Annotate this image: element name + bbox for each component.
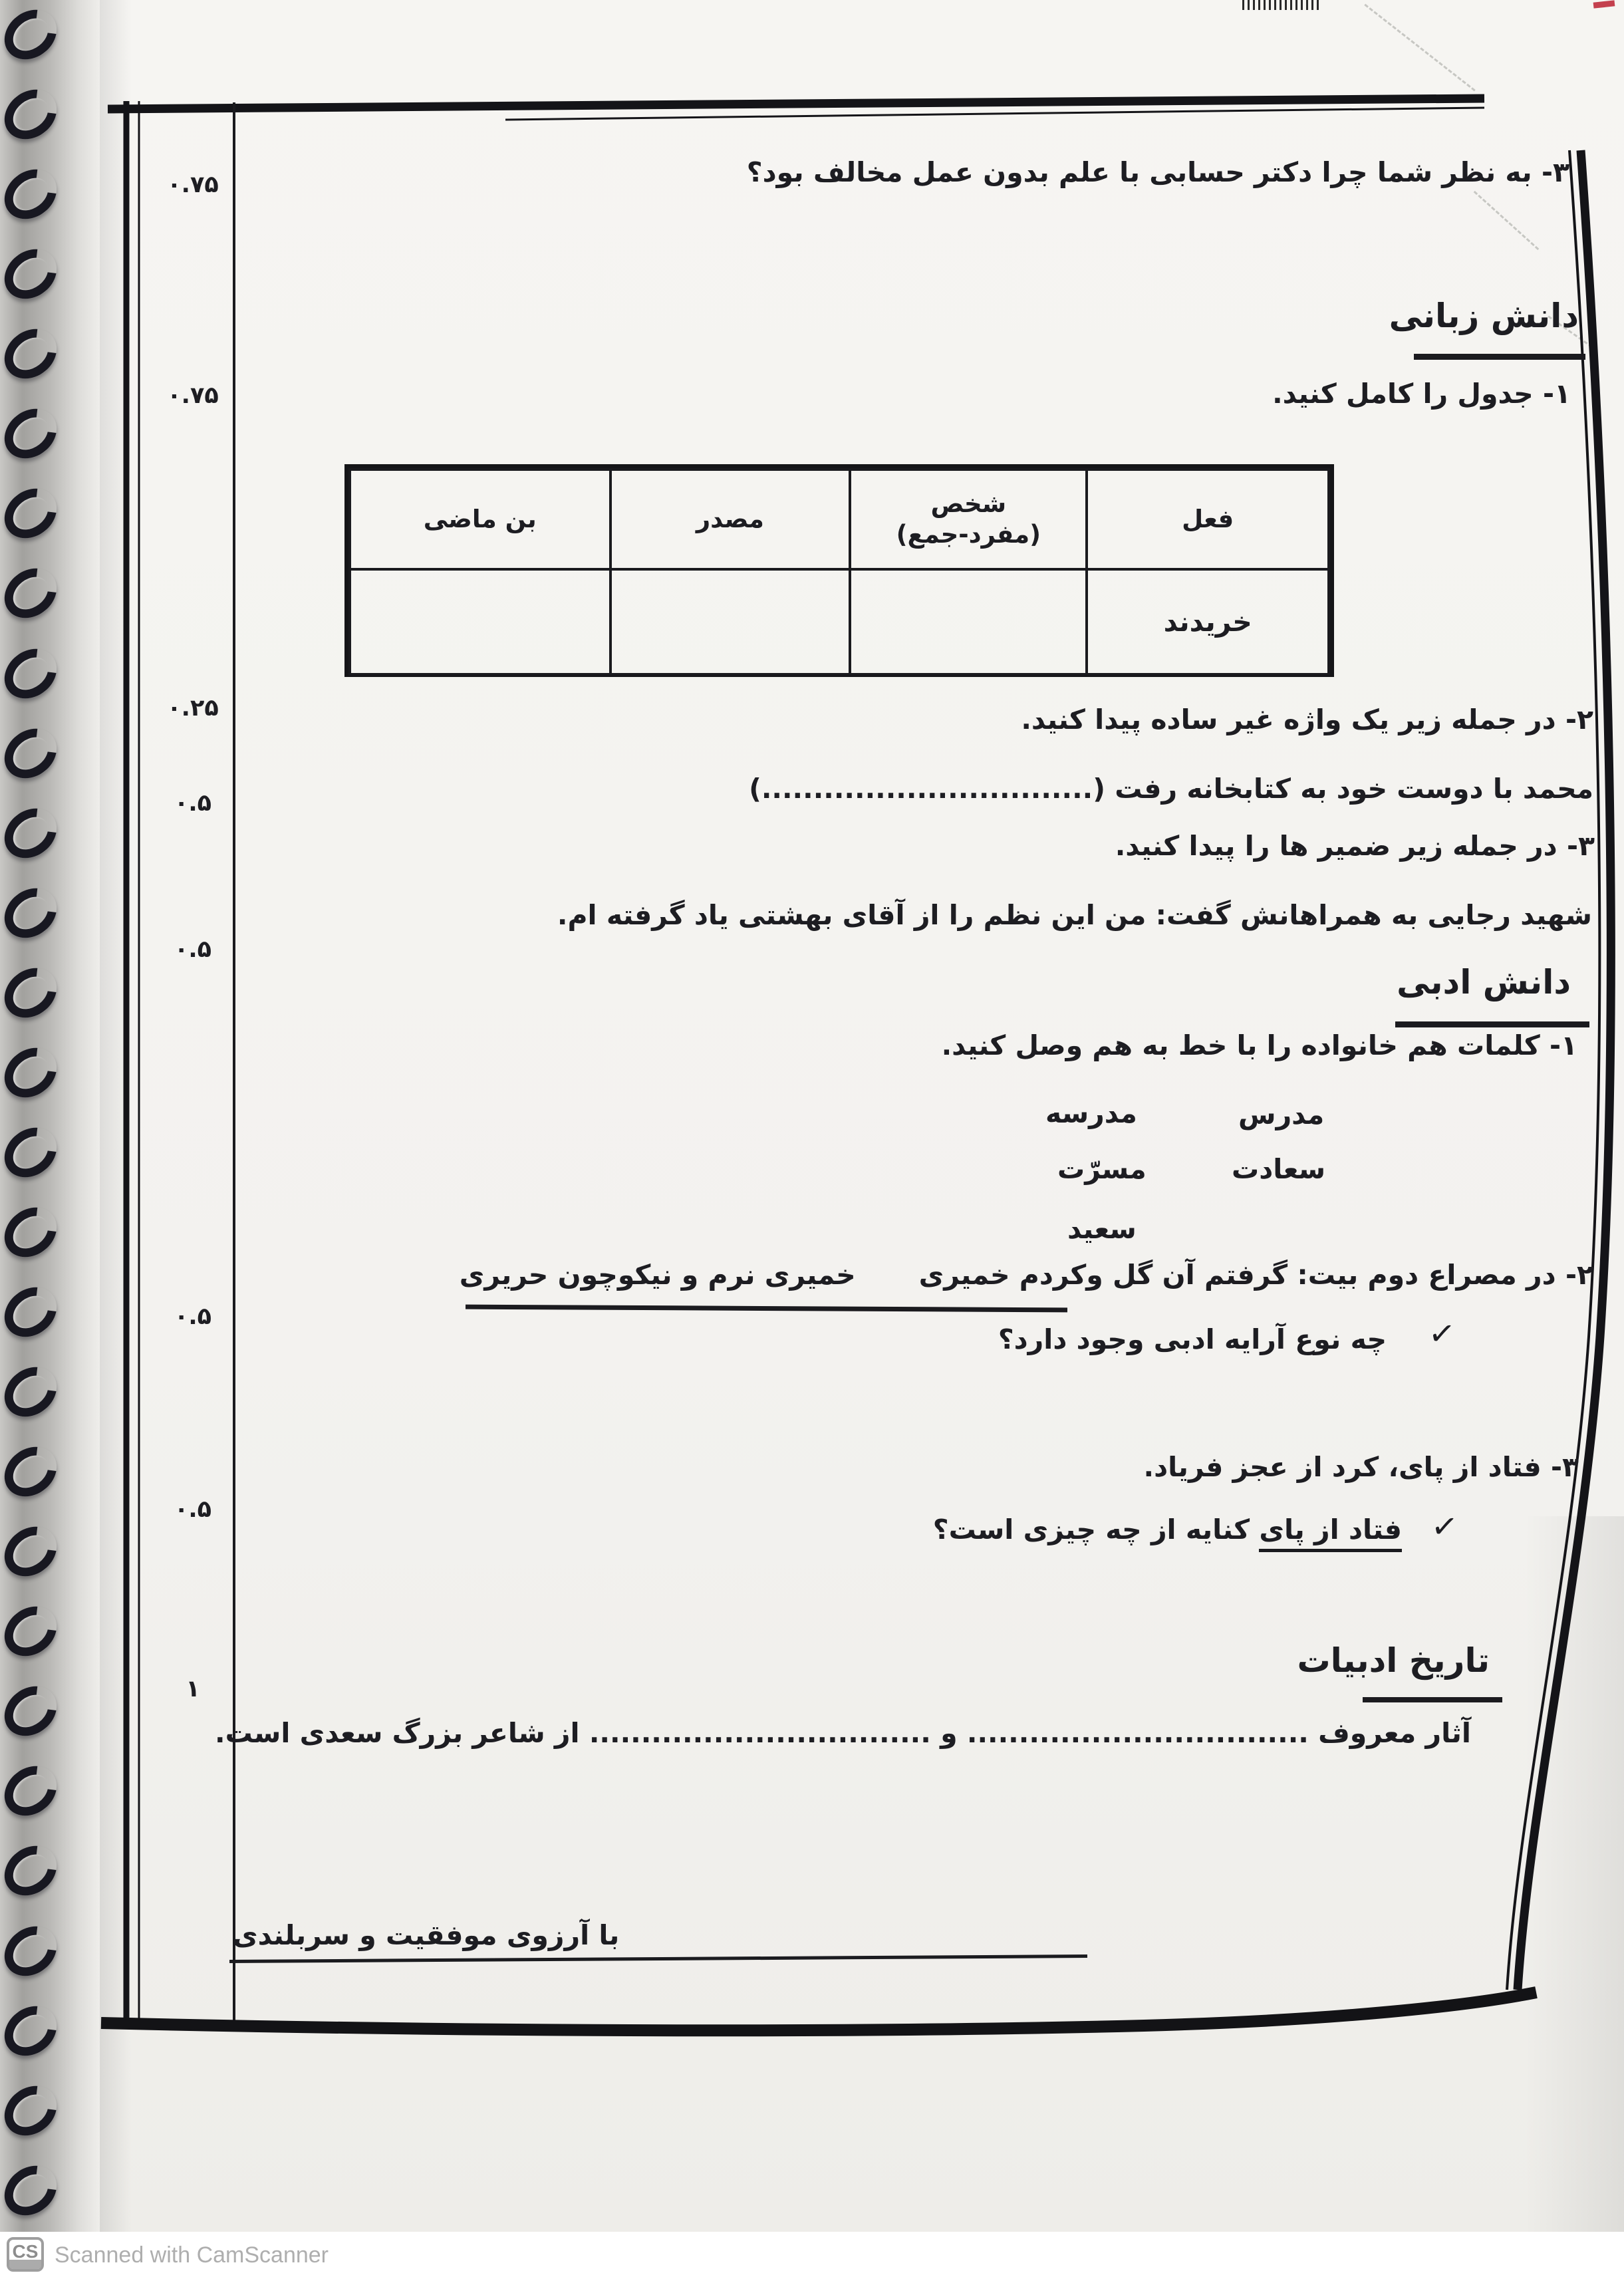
literary-q3: ۳- فتاد از پای، کرد از عجز فریاد. [1144, 1451, 1579, 1483]
camscanner-badge: CS [7, 2237, 44, 2272]
verse-intro: ۲- در مصراع دوم بیت: گرفتم آن گل وکردم خ… [919, 1259, 1593, 1291]
heading-underline [1395, 1021, 1589, 1027]
match-word-left: مدرسه [1045, 1097, 1137, 1129]
literary-q3-prompt: فتاد از پای کنایه از چه چیزی است؟ [933, 1514, 1402, 1545]
score-mark: ۰.۵ [150, 1303, 236, 1330]
closing-wish: با آرزوی موفقیت و سربلندی [233, 1919, 619, 1951]
checkmark-icon: ✓ [1429, 1507, 1460, 1547]
literary-q1: ۱- کلمات هم خانواده را با خط به هم وصل ک… [942, 1029, 1577, 1061]
frame-bottom-border [101, 1992, 1536, 2030]
language-section-heading: دانش زبانی [1389, 297, 1579, 335]
reading-question-3: ۳- به نظر شما چرا دکتر حسابی با علم بدون… [747, 156, 1569, 188]
literary-q2-prompt: چه نوع آرایه ادبی وجود دارد؟ [998, 1323, 1387, 1355]
scanned-exam-page: ۰.۷۵ ۰.۷۵ ۰.۲۵ ۰.۵ ۰.۵ ۰.۵ ۰.۵ ۱ ۳- به ن… [0, 0, 1624, 2279]
camscanner-watermark: Scanned with CamScanner [55, 2242, 329, 2268]
history-section-heading: تاریخ ادبیات [1297, 1641, 1490, 1680]
verse-hemistich-2: خمیری نرم و نیکوچون حریری [460, 1259, 856, 1291]
table-cell-person [850, 569, 1087, 674]
table-header-person: شخص (مفرد-جمع) [850, 469, 1087, 569]
literary-section-heading: دانش ادبی [1397, 963, 1571, 1002]
language-q2-sentence: محمد با دوست خود به کتابخانه رفت (......… [749, 773, 1593, 805]
score-mark: ۰.۵ [150, 936, 236, 963]
score-mark: ۱ [150, 1676, 236, 1702]
match-word-right: مدرس [1238, 1099, 1324, 1131]
score-mark: ۰.۷۵ [150, 172, 236, 198]
language-q1: ۱- جدول را کامل کنید. [1272, 378, 1571, 410]
grammar-table: فعل شخص (مفرد-جمع) مصدر بن ماضی خریدند [344, 464, 1334, 677]
match-word-right: سعادت [1232, 1153, 1325, 1185]
table-cell-past-stem [350, 569, 610, 674]
score-mark: ۰.۷۵ [150, 382, 236, 409]
history-q1: آثار معروف .............................… [215, 1717, 1471, 1749]
frame-top-border [108, 98, 1484, 109]
match-word-left: سعید [1067, 1213, 1137, 1245]
language-q2: ۲- در جمله زیر یک واژه غیر ساده پیدا کنی… [1021, 704, 1593, 736]
table-header-infinitive: مصدر [610, 469, 851, 569]
checkmark-icon: ✓ [1426, 1314, 1457, 1354]
score-mark: ۰.۵ [150, 1496, 236, 1523]
frame-right-border [1518, 150, 1611, 1990]
table-cell-verb: خریدند [1087, 569, 1329, 674]
frame-top-border-inner [505, 108, 1484, 120]
language-q3: ۳- در جمله زیر ضمیر ها را پیدا کنید. [1115, 830, 1595, 862]
prompt-rest: کنایه از چه چیزی است؟ [933, 1514, 1250, 1545]
underlined-phrase: فتاد از پای [1259, 1514, 1402, 1552]
table-header-past-stem: بن ماضی [350, 469, 610, 569]
table-cell-infinitive [610, 569, 851, 674]
language-q3-sentence: شهید رجایی به همراهانش گفت: من این نظم ر… [557, 899, 1592, 931]
score-mark: ۰.۵ [150, 790, 236, 817]
heading-underline [1414, 354, 1585, 360]
heading-underline [1363, 1697, 1502, 1702]
table-header-verb: فعل [1087, 469, 1329, 569]
match-word-left: مسرّت [1057, 1153, 1147, 1185]
camscanner-badge-base [9, 2260, 41, 2269]
literary-q2-verse: ۲- در مصراع دوم بیت: گرفتم آن گل وکردم خ… [460, 1259, 1593, 1291]
score-mark: ۰.۲۵ [150, 695, 236, 722]
